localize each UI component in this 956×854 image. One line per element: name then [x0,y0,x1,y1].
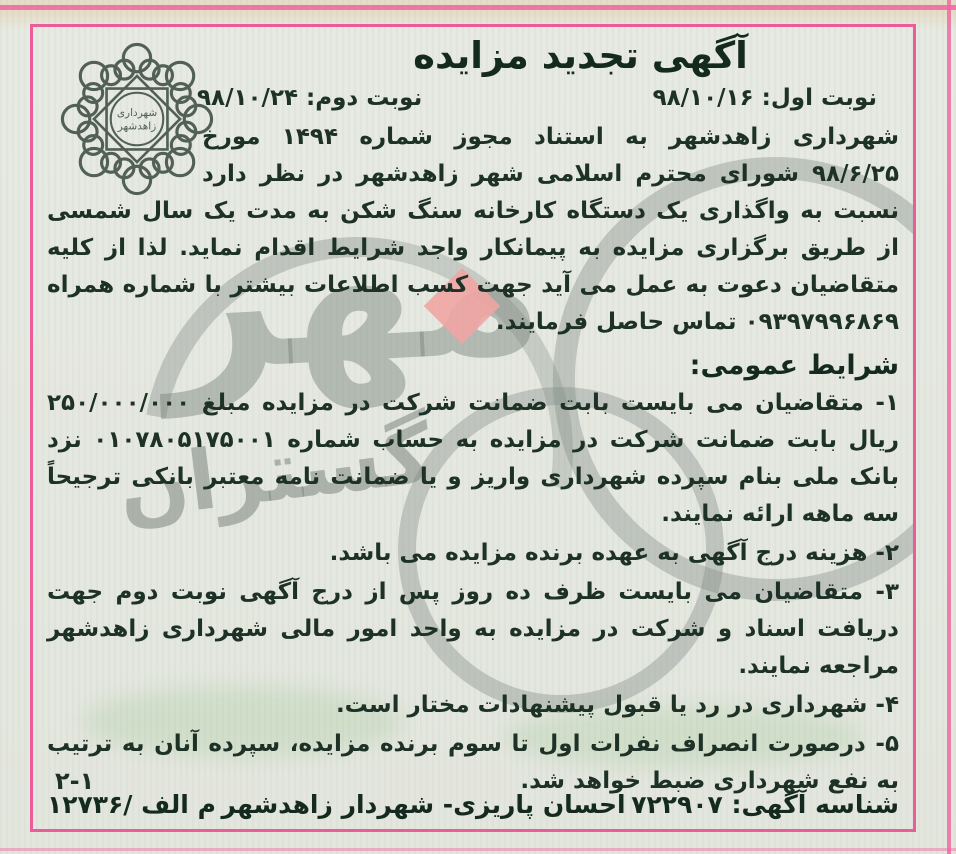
notice-footer: شناسه آگهی: ۷۲۲۹۰۷ احسان پاریزی- شهردار … [47,789,899,821]
scanned-newspaper-page: { "notice": { "title": "آگهی تجدید مزاید… [0,0,956,854]
second-round-date: نوبت دوم: ۹۸/۱۰/۲۴ [197,83,422,113]
signatory: احسان پاریزی- شهردار زاهدشهر [222,789,626,821]
publication-dates: نوبت اول: ۹۸/۱۰/۱۶ نوبت دوم: ۹۸/۱۰/۲۴ [47,79,899,113]
first-round-date: نوبت اول: ۹۸/۱۰/۱۶ [653,83,877,113]
condition-item-2: ۲- هزینه درج آگهی به عهده برنده مزایده م… [47,535,899,572]
notice-body: شهرداری زاهدشهر به استناد مجوز شماره ۱۴۹… [47,119,899,341]
page-right-rule [947,0,951,854]
ad-title: آگهی تجدید مزایده [47,31,899,79]
condition-item-4: ۴- شهرداری در رد یا قبول پیشنهادات مختار… [47,687,899,724]
press-code: ۱۲۷۳۶/ م الف [47,789,216,821]
condition-item-3: ۳- متقاضیان می بایست ظرف ده روز پس از در… [47,574,899,685]
auction-notice-ad: مهر گستران شهرداری زاهدشهر آگهی تجدید مز… [30,24,916,832]
general-conditions-heading: شرایط عمومی: [47,349,899,383]
page-bottom-rule [0,848,956,851]
seal-text-wrap-spacer [47,119,202,193]
page-top-rule [0,5,956,10]
notice-content: آگهی تجدید مزایده نوبت اول: ۹۸/۱۰/۱۶ نوب… [33,27,913,829]
ad-id: شناسه آگهی: ۷۲۲۹۰۷ [631,789,899,821]
condition-item-1: ۱- متقاضیان می بایست بابت ضمانت شرکت در … [47,385,899,533]
